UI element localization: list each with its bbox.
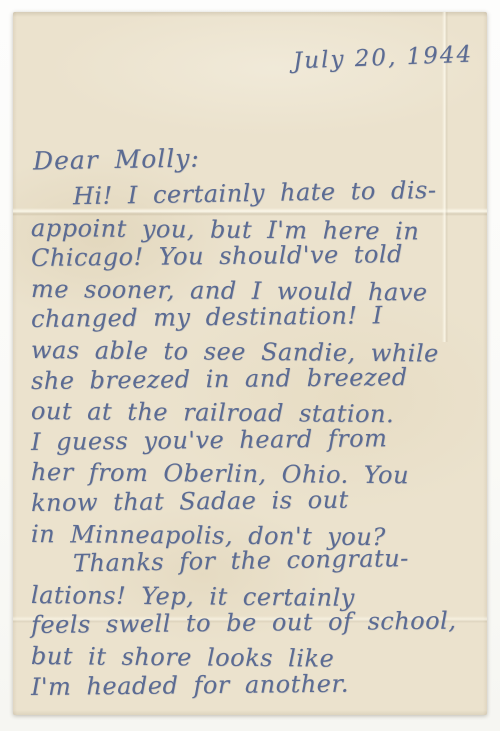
letter-salutation: Dear Molly: (33, 144, 200, 176)
letter-line: know that Sadae is out (31, 483, 477, 518)
letter-body: Hi! I certainly hate to dis- appoint you… (31, 182, 477, 702)
scan-background: July 20, 1944 Dear Molly: Hi! I certainl… (0, 0, 500, 731)
letter-line: feels swell to be out of school, (31, 606, 477, 641)
letter-line: Hi! I certainly hate to dis- (31, 174, 477, 212)
letter-line: changed my destination! I (31, 300, 477, 335)
letter-line: I guess you've heard from (31, 422, 477, 457)
letter-line: Thanks for the congratu- (31, 542, 477, 580)
letter-line: I'm headed for another. (31, 667, 477, 702)
letter-line: she breezed in and breezed (31, 361, 477, 396)
letter-line: Chicago! You should've told (31, 239, 477, 274)
letter-paper: July 20, 1944 Dear Molly: Hi! I certainl… (13, 12, 487, 715)
